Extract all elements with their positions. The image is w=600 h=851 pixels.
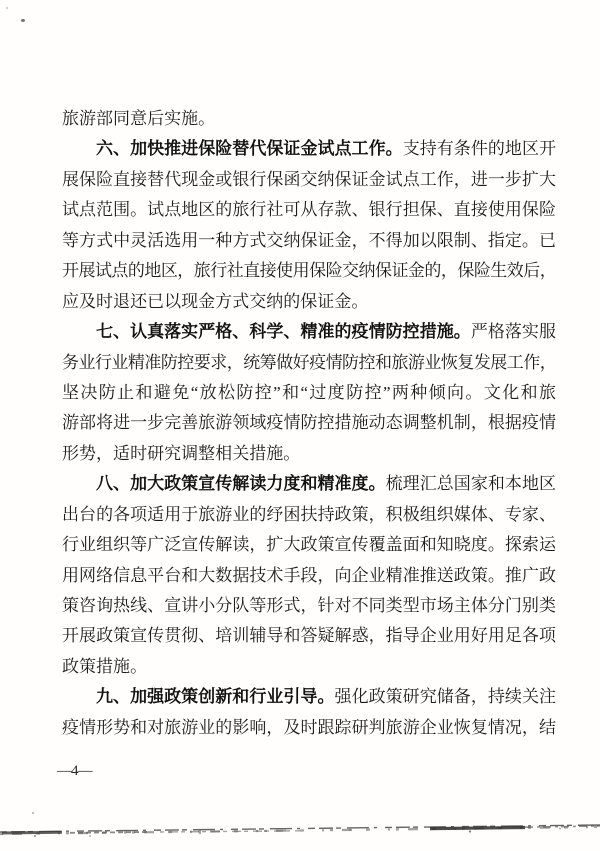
line-text: 支持有条件的地区开	[403, 139, 556, 158]
text-line: 用网络信息平台和大数据技术手段，向企业精准推送政策。推广政	[62, 561, 556, 591]
line-text: 旅游部同意后实施。	[62, 109, 215, 128]
line-text: 试点范围。试点地区的旅行社可从存款、银行担保、直接使用保险	[62, 200, 556, 219]
text-line: 九、加强政策创新和行业引导。强化政策研究储备，持续关注	[62, 682, 556, 712]
scan-speck	[21, 19, 25, 22]
scanned-document-page: 旅游部同意后实施。六、加快推进保险替代保证金试点工作。支持有条件的地区开展保险直…	[0, 0, 600, 851]
text-line: 出台的各项适用于旅游业的纾困扶持政策，积极组织媒体、专家、	[62, 500, 556, 530]
text-line: 务业行业精准防控要求，统筹做好疫情防控和旅游业恢复发展工作，	[62, 348, 556, 378]
scan-edge-artifact	[0, 810, 600, 851]
section-heading: 七、认真落实严格、科学、精准的疫情防控措施。	[96, 322, 471, 341]
text-line: 试点范围。试点地区的旅行社可从存款、银行担保、直接使用保险	[62, 195, 556, 225]
text-line: 应及时退还已以现金方式交纳的保证金。	[62, 287, 556, 317]
text-line: 政策措施。	[62, 652, 556, 682]
line-text: 应及时退还已以现金方式交纳的保证金。	[62, 292, 368, 311]
text-line: 八、加大政策宣传解读力度和精准度。梳理汇总国家和本地区	[62, 469, 556, 499]
text-line: 等方式中灵活选用一种方式交纳保证金，不得加以限制、指定。已	[62, 226, 556, 256]
text-line: 开展政策宣传贯彻、培训辅导和答疑解惑，指导企业用好用足各项	[62, 621, 556, 651]
scan-speck	[6, 7, 8, 9]
line-text: 政策措施。	[62, 657, 147, 676]
text-line: 坚决防止和避免“放松防控”和“过度防控”两种倾向。文化和旅	[62, 378, 556, 408]
text-line: 游部将进一步完善旅游领域疫情防控措施动态调整机制，根据疫情	[62, 408, 556, 438]
line-text: 务业行业精准防控要求，统筹做好疫情防控和旅游业恢复发展工作，	[62, 353, 556, 372]
text-line: 疫情形势和对旅游业的影响，及时跟踪研判旅游企业恢复情况，结	[62, 713, 556, 743]
text-line: 开展试点的地区，旅行社直接使用保险交纳保证金的，保险生效后，	[62, 256, 556, 286]
line-text: 强化政策研究储备，持续关注	[335, 687, 556, 706]
section-heading: 九、加强政策创新和行业引导。	[96, 687, 335, 706]
line-text: 策咨询热线、宣讲小分队等形式，针对不同类型市场主体分门别类	[62, 596, 556, 615]
line-text: 疫情形势和对旅游业的影响，及时跟踪研判旅游企业恢复情况，结	[62, 718, 556, 737]
line-text: 用网络信息平台和大数据技术手段，向企业精准推送政策。推广政	[62, 566, 556, 585]
section-heading: 六、加快推进保险替代保证金试点工作。	[96, 139, 403, 158]
line-text: 形势，适时研究调整相关措施。	[62, 444, 300, 463]
text-line: 策咨询热线、宣讲小分队等形式，针对不同类型市场主体分门别类	[62, 591, 556, 621]
text-line: 旅游部同意后实施。	[62, 104, 556, 134]
line-text: 开展试点的地区，旅行社直接使用保险交纳保证金的，保险生效后，	[62, 261, 556, 280]
text-line: 七、认真落实严格、科学、精准的疫情防控措施。严格落实服	[62, 317, 556, 347]
text-line: 展保险直接替代现金或银行保函交纳保证金试点工作，进一步扩大	[62, 165, 556, 195]
page-number: —4—	[57, 763, 92, 780]
text-line: 行业组织等广泛宣传解读，扩大政策宣传覆盖面和知晓度。探索运	[62, 530, 556, 560]
line-text: 严格落实服	[471, 322, 556, 341]
document-body: 旅游部同意后实施。六、加快推进保险替代保证金试点工作。支持有条件的地区开展保险直…	[62, 104, 556, 743]
section-heading: 八、加大政策宣传解读力度和精准度。	[96, 474, 386, 493]
line-text: 出台的各项适用于旅游业的纾困扶持政策，积极组织媒体、专家、	[62, 505, 556, 524]
line-text: 梳理汇总国家和本地区	[386, 474, 556, 493]
line-text: 开展政策宣传贯彻、培训辅导和答疑解惑，指导企业用好用足各项	[62, 626, 556, 645]
line-text: 坚决防止和避免“放松防控”和“过度防控”两种倾向。文化和旅	[62, 383, 556, 402]
line-text: 游部将进一步完善旅游领域疫情防控措施动态调整机制，根据疫情	[62, 413, 556, 432]
text-line: 六、加快推进保险替代保证金试点工作。支持有条件的地区开	[62, 134, 556, 164]
line-text: 等方式中灵活选用一种方式交纳保证金，不得加以限制、指定。已	[62, 231, 556, 250]
line-text: 行业组织等广泛宣传解读，扩大政策宣传覆盖面和知晓度。探索运	[62, 535, 556, 554]
line-text: 展保险直接替代现金或银行保函交纳保证金试点工作，进一步扩大	[62, 170, 556, 189]
text-line: 形势，适时研究调整相关措施。	[62, 439, 556, 469]
